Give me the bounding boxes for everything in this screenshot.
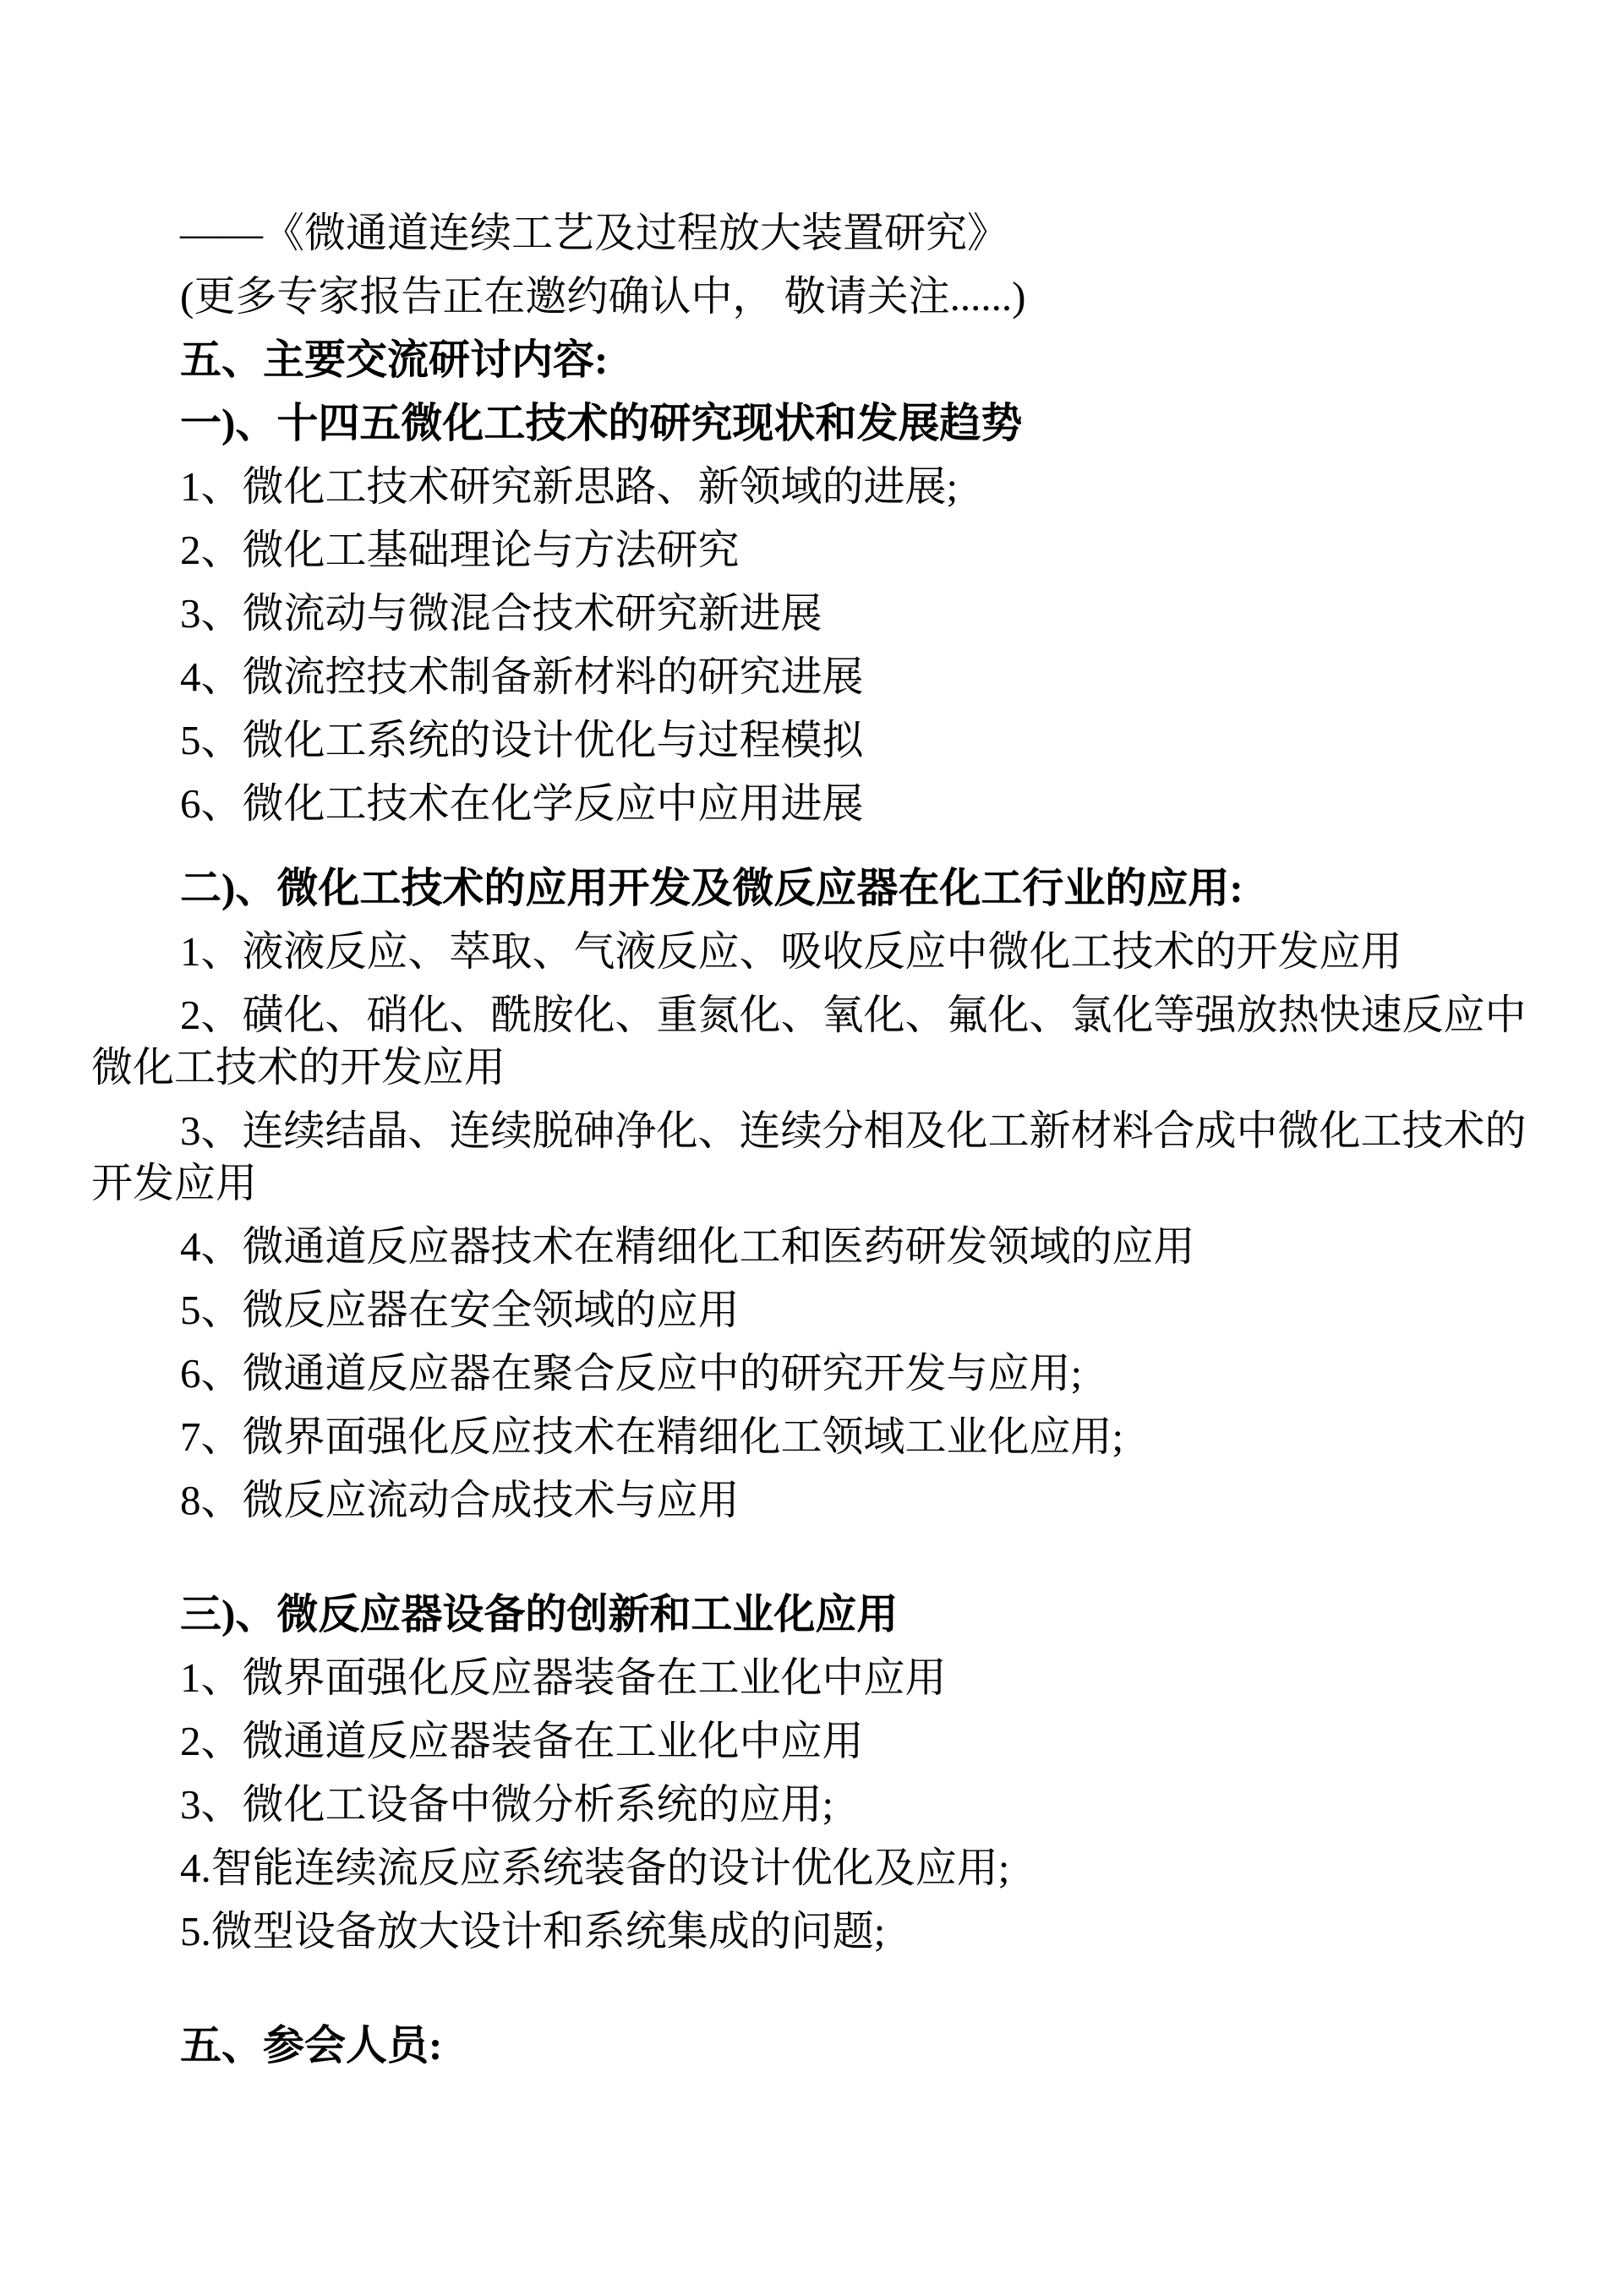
section-3-item-2: 2、微通道反应器装备在工业化中应用	[91, 1715, 1530, 1768]
section-1-item-2: 2、微化工基础理论与方法研究	[91, 524, 1530, 577]
section-3-item-5: 5.微型设备放大设计和系统集成的问题;	[91, 1905, 1530, 1958]
section-2-item-3: 3、连续结晶、连续脱砷净化、连续分相及化工新材料合成中微化工技术的开发应用	[91, 1105, 1530, 1210]
section-1-item-6: 6、微化工技术在化学反应中应用进展	[91, 778, 1530, 830]
section-2-item-1: 1、液液反应、萃取、气液反应、吸收反应中微化工技术的开发应用	[91, 926, 1530, 978]
closing-heading: 五、参会人员:	[91, 2020, 1530, 2072]
section-gap	[91, 1538, 1530, 1588]
section-3-heading: 三)、微反应器设备的创新和工业化应用	[91, 1588, 1530, 1641]
section-3-item-3: 3、微化工设备中微分析系统的应用;	[91, 1779, 1530, 1831]
main-heading: 五、主要交流研讨内容:	[91, 334, 1530, 386]
section-2-item-5: 5、微反应器在安全领域的应用	[91, 1284, 1530, 1337]
section-gap	[91, 1969, 1530, 2020]
section-3-item-1: 1、微界面强化反应器装备在工业化中应用	[91, 1652, 1530, 1704]
section-2-item-2: 2、磺化、硝化、酰胺化、重氮化、氧化、氟化、氯化等强放热快速反应中微化工技术的开…	[91, 989, 1530, 1094]
section-1-heading: 一)、十四五微化工技术的研究现状和发展趋势	[91, 397, 1530, 450]
section-2-item-8: 8、微反应流动合成技术与应用	[91, 1474, 1530, 1527]
report-title-line: ——《微通道连续工艺及过程放大装置研究》	[91, 207, 1530, 260]
section-2-heading: 二)、微化工技术的应用开发及微反应器在化工行业的应用:	[91, 862, 1530, 915]
section-3-item-4: 4.智能连续流反应系统装备的设计优化及应用;	[91, 1842, 1530, 1894]
section-1-item-5: 5、微化工系统的设计优化与过程模拟	[91, 714, 1530, 767]
section-2-item-4: 4、微通道反应器技术在精细化工和医药研发领域的应用	[91, 1221, 1530, 1273]
section-1-item-4: 4、微流控技术制备新材料的研究进展	[91, 651, 1530, 703]
section-2-item-7: 7、微界面强化反应技术在精细化工领域工业化应用;	[91, 1411, 1530, 1463]
section-2-item-6: 6、微通道反应器在聚合反应中的研究开发与应用;	[91, 1348, 1530, 1400]
section-1-item-1: 1、微化工技术研究新思路、新领域的进展;	[91, 461, 1530, 513]
section-gap	[91, 841, 1530, 862]
note-line: (更多专家报告正在邀约确认中， 敬请关注......)	[91, 271, 1530, 323]
document-page: ——《微通道连续工艺及过程放大装置研究》 (更多专家报告正在邀约确认中， 敬请关…	[0, 0, 1623, 2296]
section-1-item-3: 3、微流动与微混合技术研究新进展	[91, 588, 1530, 640]
